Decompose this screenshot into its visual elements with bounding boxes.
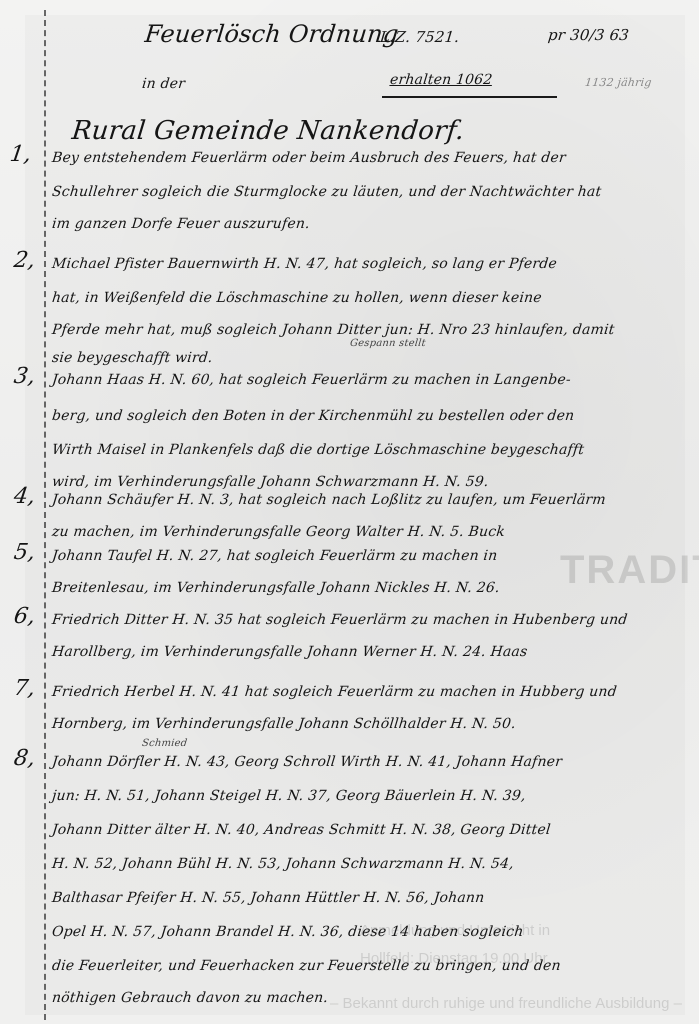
paragraph-3-line: wird, im Verhinderungsfalle Johann Schwa… bbox=[51, 474, 489, 490]
paragraph-6-line: Friedrich Ditter H. N. 35 hat sogleich F… bbox=[51, 612, 628, 628]
paragraph-number: 7, bbox=[12, 676, 37, 701]
paragraph-5-line: Johann Taufel H. N. 27, hat sogleich Feu… bbox=[51, 548, 498, 564]
paragraph-4-line: zu machen, im Verhinderungsfalle Georg W… bbox=[51, 524, 506, 540]
paragraph-7-line: Hornberg, im Verhinderungsfalle Johann S… bbox=[51, 716, 516, 732]
date-mark: pr 30/3 63 bbox=[547, 26, 630, 44]
reference-number: L.Z. 7521. bbox=[379, 28, 460, 46]
bleed-through-large-text: TRADITIONELL bbox=[560, 548, 699, 593]
paragraph-8-line: H. N. 52, Johann Bühl H. N. 53, Johann S… bbox=[51, 856, 514, 872]
paragraph-number: 5, bbox=[12, 540, 37, 565]
left-margin-line bbox=[44, 10, 46, 1020]
paragraph-6-line: Harollberg, im Verhinderungsfalle Johann… bbox=[51, 644, 528, 660]
paragraph-number: 6, bbox=[12, 604, 37, 629]
paragraph-number: 2, bbox=[12, 248, 37, 273]
paragraph-8-line: Johann Ditter älter H. N. 40, Andreas Sc… bbox=[51, 822, 551, 838]
paragraph-3-line: Johann Haas H. N. 60, hat sogleich Feuer… bbox=[51, 372, 572, 388]
scanned-document-page: TRADITIONELL Anmeldung und Unterricht in… bbox=[0, 0, 699, 1024]
subtitle-in-der: in der bbox=[141, 76, 186, 92]
paragraph-4-line: Johann Schäufer H. N. 3, hat sogleich na… bbox=[51, 492, 607, 508]
paragraph-8-line: jun: H. N. 51, Johann Steigel H. N. 37, … bbox=[51, 788, 526, 804]
paragraph-8-line: nöthigen Gebrauch davon zu machen. bbox=[51, 990, 329, 1006]
paragraph-3-line: Wirth Maisel in Plankenfels daß die dort… bbox=[51, 442, 585, 458]
paragraph-1-line: im ganzen Dorfe Feuer auszurufen. bbox=[51, 216, 310, 232]
paragraph-8-line: Balthasar Pfeifer H. N. 55, Johann Hüttl… bbox=[51, 890, 485, 906]
interlinear-note: Schmied bbox=[141, 738, 187, 749]
paragraph-3-line: berg, und sogleich den Boten in der Kirc… bbox=[51, 408, 575, 424]
paragraph-8-line: Johann Dörfler H. N. 43, Georg Schroll W… bbox=[51, 754, 563, 770]
paragraph-2-line: sie beygeschafft wird. bbox=[51, 350, 213, 366]
paragraph-number: 3, bbox=[12, 364, 37, 389]
paragraph-8-line: die Feuerleiter, und Feuerhacken zur Feu… bbox=[51, 958, 561, 974]
paragraph-1-line: Bey entstehendem Feuerlärm oder beim Aus… bbox=[51, 150, 567, 166]
bleed-through-line: – Bekannt durch ruhige und freundliche A… bbox=[330, 995, 682, 1012]
paragraph-number: 4, bbox=[12, 484, 37, 509]
community-heading: Rural Gemeinde Nankendorf. bbox=[70, 116, 465, 146]
paragraph-7-line: Friedrich Herbel H. N. 41 hat sogleich F… bbox=[51, 684, 617, 700]
document-title: Feuerlösch Ordnung bbox=[144, 20, 400, 48]
paragraph-2-line: hat, in Weißenfeld die Löschmaschine zu … bbox=[51, 290, 542, 306]
paragraph-number: 8, bbox=[12, 746, 37, 771]
paragraph-5-line: Breitenlesau, im Verhinderungsfalle Joha… bbox=[51, 580, 500, 596]
received-note-underline bbox=[382, 96, 557, 98]
paragraph-8-line: Opel H. N. 57, Johann Brandel H. N. 36, … bbox=[51, 924, 524, 940]
received-note: erhalten 1062 bbox=[389, 72, 493, 88]
paragraph-1-line: Schullehrer sogleich die Sturmglocke zu … bbox=[51, 184, 602, 200]
paragraph-number: 1, bbox=[8, 142, 33, 167]
paragraph-2-line: Michael Pfister Bauernwirth H. N. 47, ha… bbox=[51, 256, 558, 272]
interlinear-note: Gespann stellt bbox=[349, 338, 426, 349]
side-note: 1132 jährig bbox=[584, 76, 652, 89]
paragraph-2-line: Pferde mehr hat, muß sogleich Johann Dit… bbox=[51, 322, 615, 338]
